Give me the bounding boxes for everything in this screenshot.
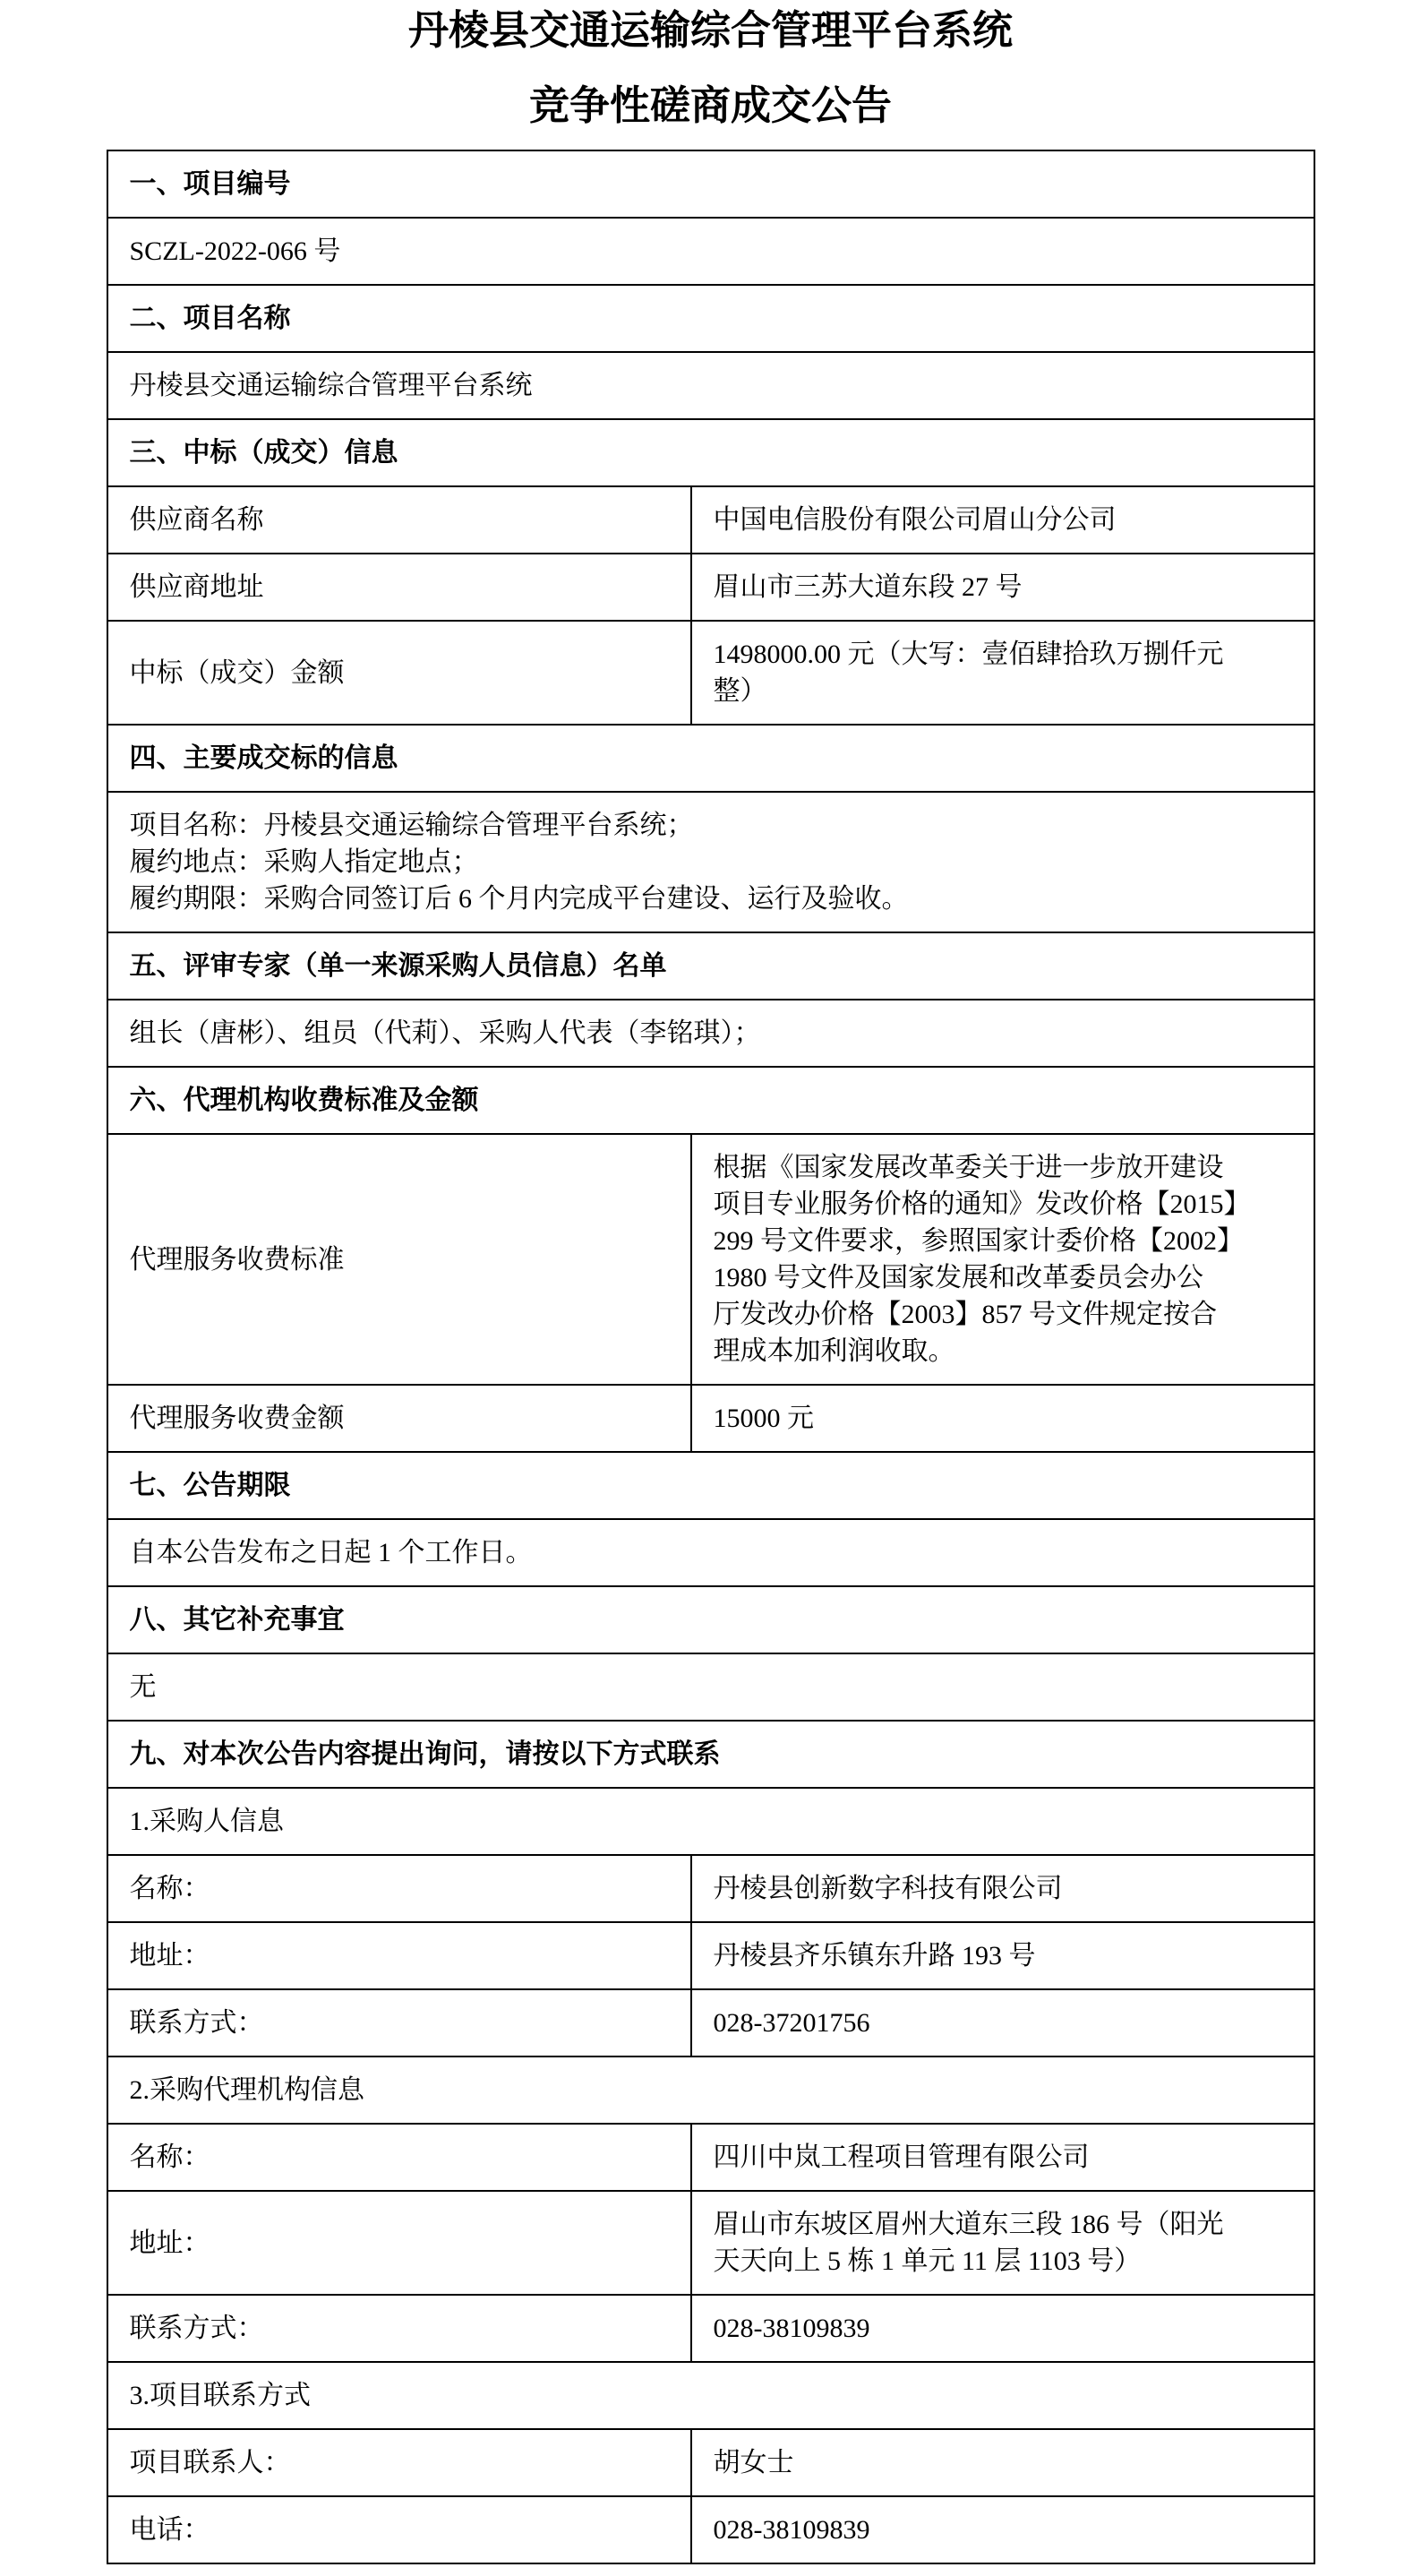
agency-fee-standard-line: 厅发改办价格【2003】857 号文件规定按合 (714, 1296, 1292, 1333)
award-subject-line: 履约期限：采购合同签订后 6 个月内完成平台建设、运行及验收。 (130, 880, 1292, 917)
award-subject-line: 履约地点：采购人指定地点； (130, 844, 1292, 880)
purchaser-name-value: 丹棱县创新数字科技有限公司 (691, 1855, 1314, 1922)
other-matters-row: 无 (107, 1653, 1314, 1721)
supplier-name-row: 供应商名称 中国电信股份有限公司眉山分公司 (107, 486, 1314, 554)
section-announcement-period: 七、公告期限 (107, 1452, 1314, 1519)
project-name-row: 丹棱县交通运输综合管理平台系统 (107, 352, 1314, 419)
agency-contact-row: 联系方式： 028-38109839 (107, 2295, 1314, 2362)
document-page: 丹棱县交通运输综合管理平台系统 竞争性磋商成交公告 一、项目编号 SCZL-20… (0, 0, 1421, 2576)
award-amount-line: 整） (714, 673, 1292, 709)
section-award-info-header: 三、中标（成交）信息 (107, 419, 1314, 486)
award-subject-details: 项目名称：丹棱县交通运输综合管理平台系统； 履约地点：采购人指定地点； 履约期限… (107, 792, 1314, 932)
award-subject-details-row: 项目名称：丹棱县交通运输综合管理平台系统； 履约地点：采购人指定地点； 履约期限… (107, 792, 1314, 932)
document-title: 丹棱县交通运输综合管理平台系统 (0, 7, 1421, 54)
agency-fee-amount-row: 代理服务收费金额 15000 元 (107, 1385, 1314, 1452)
agency-fee-standard-value: 根据《国家发展改革委关于进一步放开建设 项目专业服务价格的通知》发改价格【201… (691, 1134, 1314, 1385)
agency-name-row: 名称： 四川中岚工程项目管理有限公司 (107, 2124, 1314, 2191)
section-project-number-header: 一、项目编号 (107, 150, 1314, 218)
purchaser-info-subheader: 1.采购人信息 (107, 1788, 1314, 1855)
supplier-address-value: 眉山市三苏大道东段 27 号 (691, 554, 1314, 621)
section-other-matters: 八、其它补充事宜 (107, 1586, 1314, 1653)
purchaser-contact-row: 联系方式： 028-37201756 (107, 1989, 1314, 2057)
section-project-number: 一、项目编号 (107, 150, 1314, 218)
agency-address-row: 地址： 眉山市东坡区眉州大道东三段 186 号（阳光 天天向上 5 栋 1 单元… (107, 2191, 1314, 2295)
other-matters-value: 无 (107, 1653, 1314, 1721)
purchaser-contact-value: 028-37201756 (691, 1989, 1314, 2057)
purchaser-name-row: 名称： 丹棱县创新数字科技有限公司 (107, 1855, 1314, 1922)
project-phone-value: 028-38109839 (691, 2496, 1314, 2563)
announcement-table: 一、项目编号 SCZL-2022-066 号 二、项目名称 丹棱县交通运输综合管… (107, 150, 1315, 2564)
purchaser-name-label: 名称： (107, 1855, 691, 1922)
agency-fee-standard-line: 理成本加利润收取。 (714, 1333, 1292, 1370)
award-subject-line: 项目名称：丹棱县交通运输综合管理平台系统； (130, 807, 1292, 844)
agency-fee-amount-value: 15000 元 (691, 1385, 1314, 1452)
section-announcement-period-header: 七、公告期限 (107, 1452, 1314, 1519)
purchaser-info-subheader-row: 1.采购人信息 (107, 1788, 1314, 1855)
supplier-name-value: 中国电信股份有限公司眉山分公司 (691, 486, 1314, 554)
agency-name-value: 四川中岚工程项目管理有限公司 (691, 2124, 1314, 2191)
section-award-info: 三、中标（成交）信息 (107, 419, 1314, 486)
supplier-name-label: 供应商名称 (107, 486, 691, 554)
project-contact-subheader-row: 3.项目联系方式 (107, 2362, 1314, 2429)
agency-fee-standard-line: 1980 号文件及国家发展和改革委员会办公 (714, 1259, 1292, 1296)
section-award-subject-header: 四、主要成交标的信息 (107, 725, 1314, 792)
section-other-matters-header: 八、其它补充事宜 (107, 1586, 1314, 1653)
purchaser-address-label: 地址： (107, 1922, 691, 1989)
project-phone-label: 电话： (107, 2496, 691, 2563)
section-agency-fee-header: 六、代理机构收费标准及金额 (107, 1067, 1314, 1134)
agency-info-subheader: 2.采购代理机构信息 (107, 2057, 1314, 2124)
project-number-value: SCZL-2022-066 号 (107, 218, 1314, 285)
agency-contact-value: 028-38109839 (691, 2295, 1314, 2362)
award-amount-label: 中标（成交）金额 (107, 621, 691, 725)
section-review-experts: 五、评审专家（单一来源采购人员信息）名单 (107, 932, 1314, 1000)
project-contact-person-value: 胡女士 (691, 2429, 1314, 2496)
agency-address-label: 地址： (107, 2191, 691, 2295)
project-contact-person-label: 项目联系人： (107, 2429, 691, 2496)
section-contact-info-header: 九、对本次公告内容提出询问，请按以下方式联系 (107, 1721, 1314, 1788)
project-contact-person-row: 项目联系人： 胡女士 (107, 2429, 1314, 2496)
section-project-name-header: 二、项目名称 (107, 285, 1314, 352)
agency-fee-standard-row: 代理服务收费标准 根据《国家发展改革委关于进一步放开建设 项目专业服务价格的通知… (107, 1134, 1314, 1385)
supplier-address-row: 供应商地址 眉山市三苏大道东段 27 号 (107, 554, 1314, 621)
agency-address-line: 眉山市东坡区眉州大道东三段 186 号（阳光 (714, 2206, 1292, 2243)
agency-contact-label: 联系方式： (107, 2295, 691, 2362)
supplier-address-label: 供应商地址 (107, 554, 691, 621)
agency-address-value: 眉山市东坡区眉州大道东三段 186 号（阳光 天天向上 5 栋 1 单元 11 … (691, 2191, 1314, 2295)
review-experts-row: 组长（唐彬）、组员（代莉）、采购人代表（李铭琪）； (107, 1000, 1314, 1067)
agency-fee-standard-line: 项目专业服务价格的通知》发改价格【2015】 (714, 1186, 1292, 1223)
agency-fee-standard-line: 299 号文件要求，参照国家计委价格【2002】 (714, 1223, 1292, 1259)
project-number-row: SCZL-2022-066 号 (107, 218, 1314, 285)
project-name-value: 丹棱县交通运输综合管理平台系统 (107, 352, 1314, 419)
award-amount-line: 1498000.00 元（大写：壹佰肆拾玖万捌仟元 (714, 636, 1292, 673)
document-subtitle: 竞争性磋商成交公告 (0, 82, 1421, 129)
announcement-period-row: 自本公告发布之日起 1 个工作日。 (107, 1519, 1314, 1586)
project-contact-subheader: 3.项目联系方式 (107, 2362, 1314, 2429)
review-experts-value: 组长（唐彬）、组员（代莉）、采购人代表（李铭琪）； (107, 1000, 1314, 1067)
purchaser-address-value: 丹棱县齐乐镇东升路 193 号 (691, 1922, 1314, 1989)
agency-fee-standard-label: 代理服务收费标准 (107, 1134, 691, 1385)
agency-info-subheader-row: 2.采购代理机构信息 (107, 2057, 1314, 2124)
award-amount-value: 1498000.00 元（大写：壹佰肆拾玖万捌仟元 整） (691, 621, 1314, 725)
section-project-name: 二、项目名称 (107, 285, 1314, 352)
agency-address-line: 天天向上 5 栋 1 单元 11 层 1103 号） (714, 2243, 1292, 2280)
project-phone-row: 电话： 028-38109839 (107, 2496, 1314, 2563)
section-review-experts-header: 五、评审专家（单一来源采购人员信息）名单 (107, 932, 1314, 1000)
agency-name-label: 名称： (107, 2124, 691, 2191)
purchaser-address-row: 地址： 丹棱县齐乐镇东升路 193 号 (107, 1922, 1314, 1989)
announcement-period-value: 自本公告发布之日起 1 个工作日。 (107, 1519, 1314, 1586)
agency-fee-standard-line: 根据《国家发展改革委关于进一步放开建设 (714, 1149, 1292, 1186)
section-contact-info: 九、对本次公告内容提出询问，请按以下方式联系 (107, 1721, 1314, 1788)
purchaser-contact-label: 联系方式： (107, 1989, 691, 2057)
agency-fee-amount-label: 代理服务收费金额 (107, 1385, 691, 1452)
section-award-subject: 四、主要成交标的信息 (107, 725, 1314, 792)
award-amount-row: 中标（成交）金额 1498000.00 元（大写：壹佰肆拾玖万捌仟元 整） (107, 621, 1314, 725)
section-agency-fee: 六、代理机构收费标准及金额 (107, 1067, 1314, 1134)
